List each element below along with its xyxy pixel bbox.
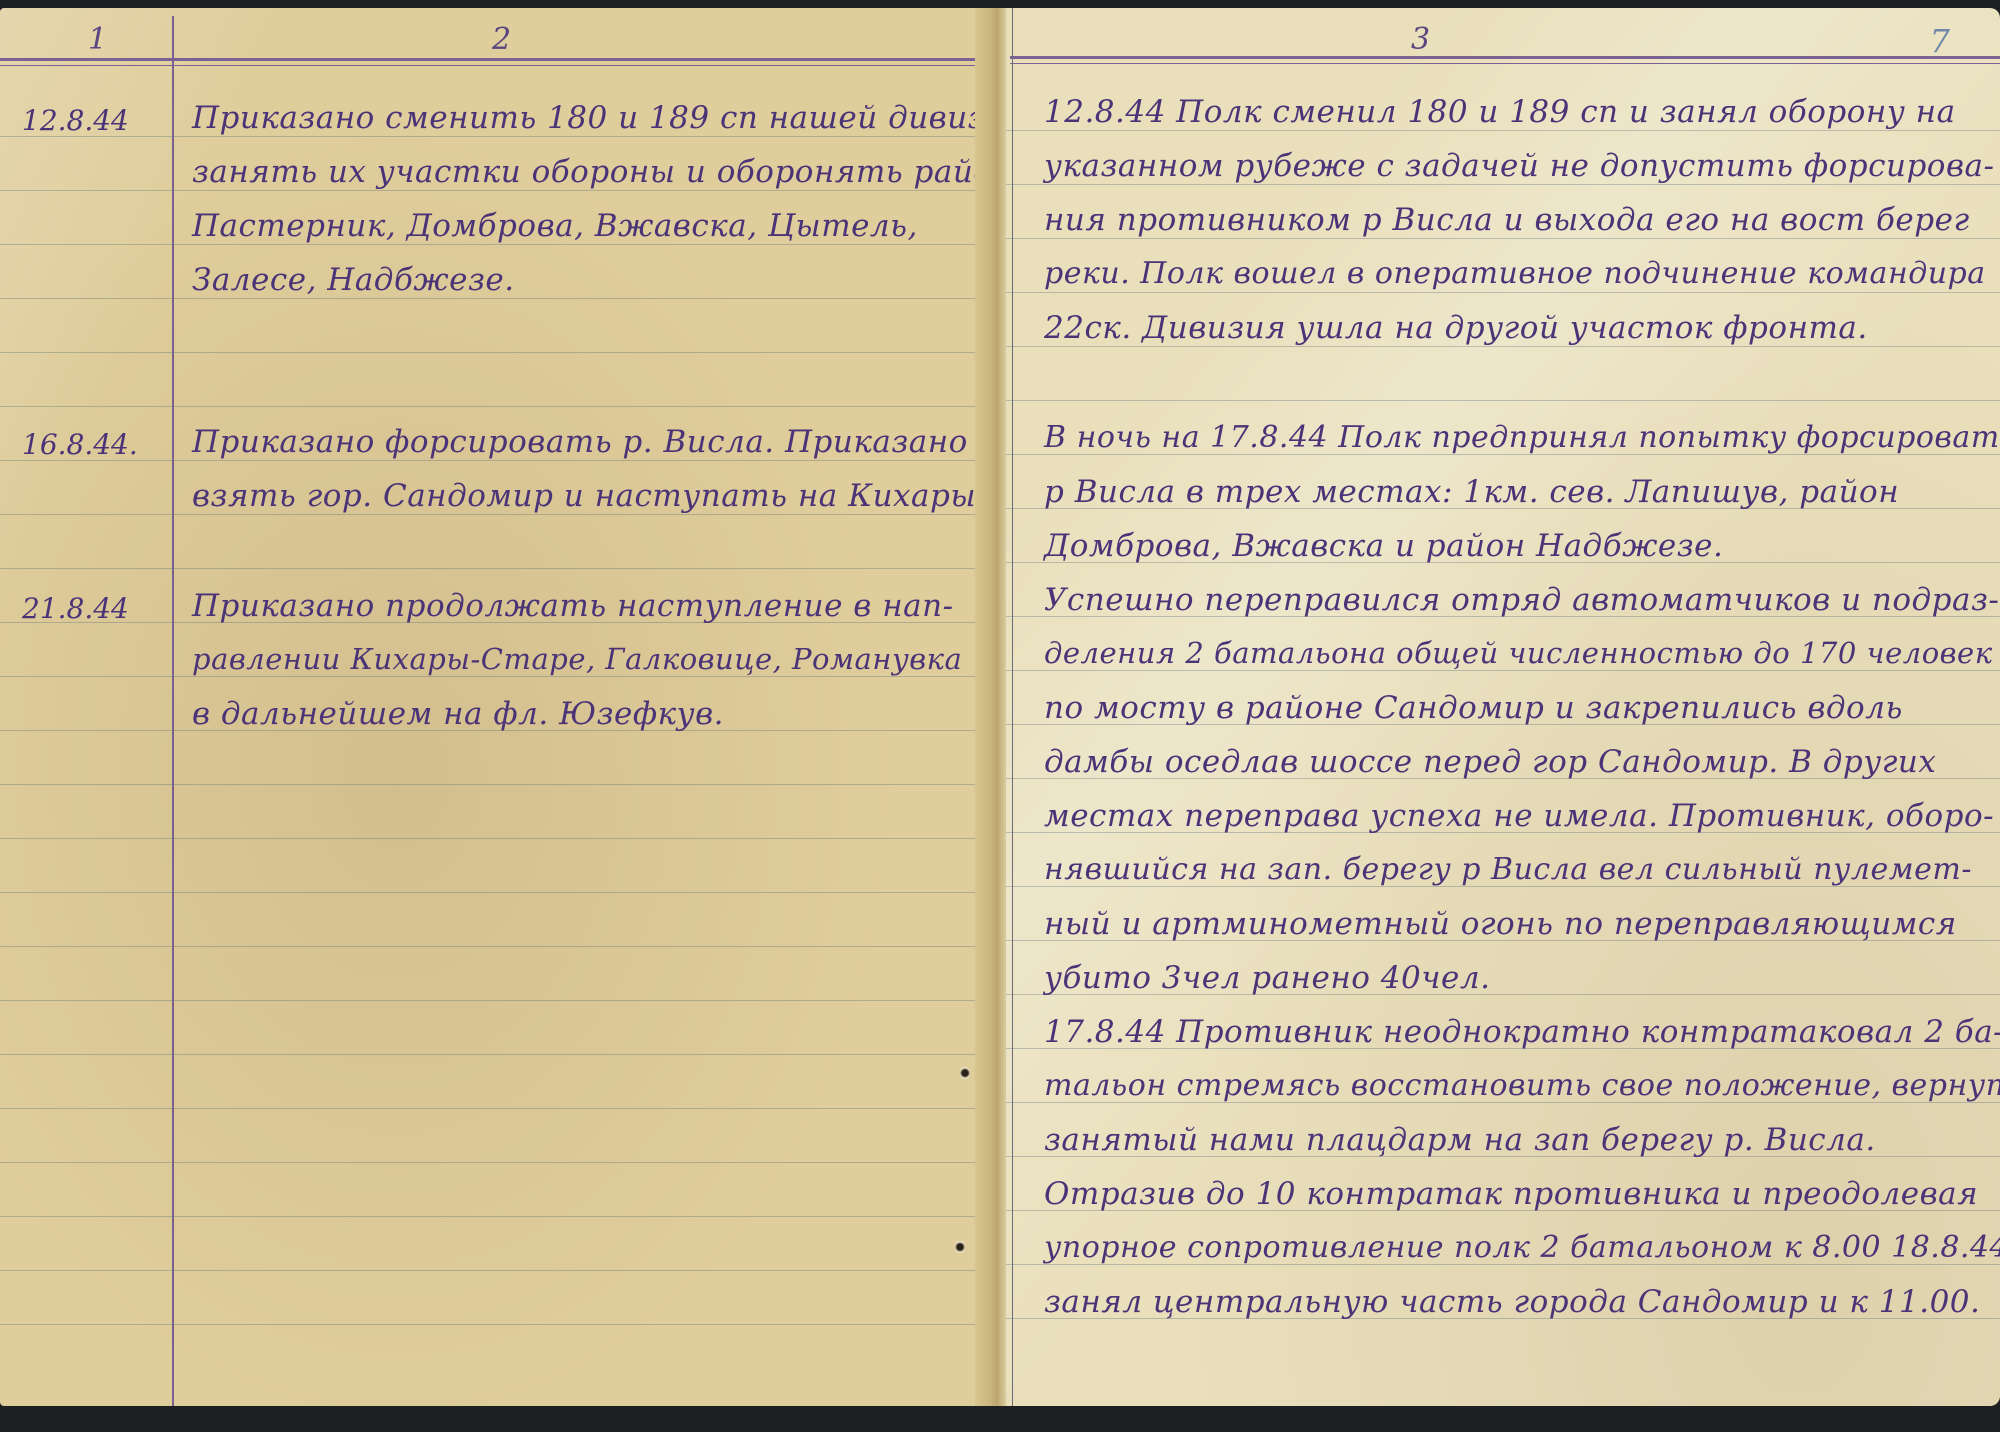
entry-line: Пастерник, Домброва, Вжавска, Цытель, <box>192 208 918 244</box>
entry-line: Залесе, Надбжезе. <box>192 262 515 298</box>
column-header-2: 2 <box>492 22 511 57</box>
narrative-line: ния противником р Висла и выхода его на … <box>1044 202 1970 238</box>
narrative-line: Успешно переправился отряд автоматчиков … <box>1044 582 1999 618</box>
entry-line: в дальнейшем на фл. Юзефкув. <box>192 696 724 732</box>
narrative-line: нявшийся на зап. берегу р Висла вел силь… <box>1044 852 1972 887</box>
date-column-divider <box>172 16 174 1406</box>
column-header-1: 1 <box>88 22 107 57</box>
entry-date: 21.8.44 <box>22 592 129 625</box>
folio-number: 7 <box>1930 22 1950 60</box>
narrative-line: деления 2 батальона общей численностью д… <box>1044 636 1993 670</box>
narrative-line: Отразив до 10 контратак противника и пре… <box>1044 1176 1978 1212</box>
narrative-line: Домброва, Вжавска и район Надбжезе. <box>1044 528 1723 564</box>
entry-date: 12.8.44 <box>22 104 129 137</box>
entry-line: Приказано сменить 180 и 189 сп нашей див… <box>192 100 990 136</box>
narrative-line: убито 3чел ранено 40чел. <box>1044 960 1490 996</box>
narrative-line: местах переправа успеха не имела. Против… <box>1044 798 1994 834</box>
narrative-line: занятый нами плацдарм на зап берегу р. В… <box>1044 1122 1876 1158</box>
left-margin-line <box>1012 8 1013 1406</box>
right-page: 3 7 12.8.44 Полк сменил 180 и 189 сп и з… <box>1006 8 2000 1406</box>
narrative-line: по мосту в районе Сандомир и закрепились… <box>1044 690 1903 726</box>
narrative-line: 22ск. Дивизия ушла на другой участок фро… <box>1044 310 1868 346</box>
notebook-spread: 1 2 12.8.44 Приказано сменить 180 и 189 … <box>0 0 2000 1432</box>
narrative-line: дамбы оседлав шоссе перед гор Сандомир. … <box>1044 744 1936 780</box>
header-double-rule <box>1010 56 2000 59</box>
narrative-line: упорное сопротивление полк 2 батальоном … <box>1044 1230 2000 1265</box>
column-header-3: 3 <box>1411 22 1430 57</box>
entry-line: равлении Кихары-Старе, Галковице, Роману… <box>192 642 962 676</box>
staple-hole <box>960 1066 970 1080</box>
narrative-line: р Висла в трех местах: 1км. сев. Лапишув… <box>1044 474 1899 510</box>
header-double-rule-thin <box>1010 63 2000 64</box>
entry-date: 16.8.44. <box>22 428 138 461</box>
narrative-line: занял центральную часть города Сандомир … <box>1044 1284 1980 1320</box>
entry-line: занять их участки обороны и оборонять ра… <box>192 154 990 190</box>
narrative-line: ный и артминометный огонь по переправляю… <box>1044 906 1957 942</box>
entry-line: Приказано продолжать наступление в нап- <box>192 588 954 624</box>
narrative-line: указанном рубеже с задачей не допустить … <box>1044 148 1994 184</box>
narrative-line: 12.8.44 Полк сменил 180 и 189 сп и занял… <box>1044 94 1956 130</box>
narrative-line: тальон стремясь восстановить свое положе… <box>1044 1068 2000 1103</box>
narrative-line: реки. Полк вошел в оперативное подчинени… <box>1044 256 1986 291</box>
narrative-line: В ночь на 17.8.44 Полк предпринял попытк… <box>1044 420 2000 455</box>
staple-hole <box>955 1240 965 1254</box>
entry-line: взять гор. Сандомир и наступать на Кихар… <box>192 478 976 514</box>
left-page: 1 2 12.8.44 Приказано сменить 180 и 189 … <box>0 8 990 1406</box>
header-double-rule-thin <box>0 65 975 66</box>
header-double-rule <box>0 58 975 61</box>
narrative-line: 17.8.44 Противник неоднократно контратак… <box>1044 1014 2000 1050</box>
entry-line: Приказано форсировать р. Висла. Приказан… <box>192 424 968 460</box>
